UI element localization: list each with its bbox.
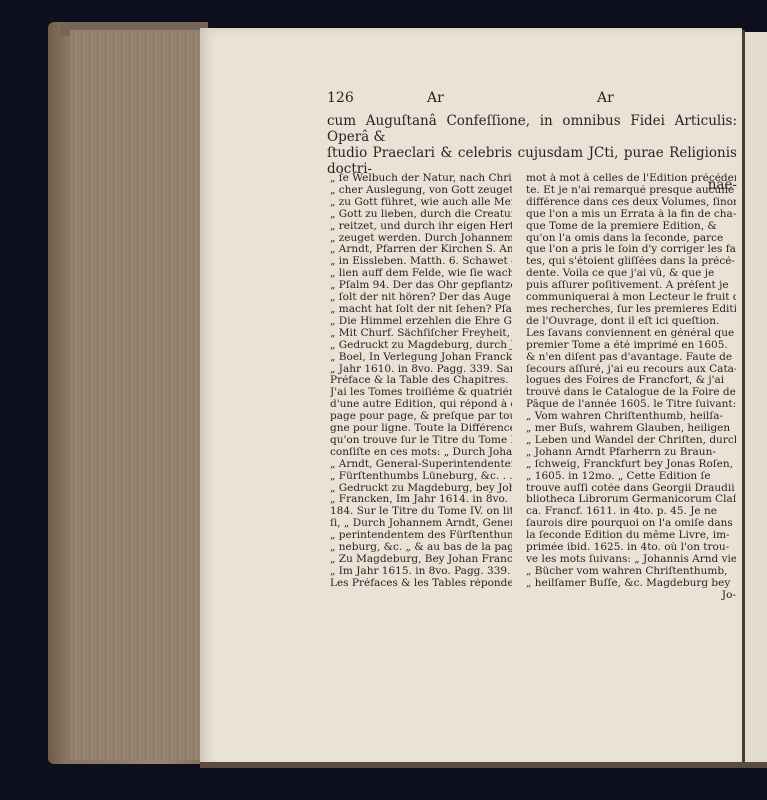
text-line: „ Mit Churf. Sächſiſcher Freyheit, &c. [330,328,512,340]
text-line: J'ai les Tomes troiſiéme & quatriéme [330,387,512,399]
text-line: page pour page, & preſque par tout li- [330,411,512,423]
text-line: „ in Eissleben. Matth. 6. Schawet die Li… [330,256,512,268]
text-line: „ Arndt, Pfarren der Kirchen S. Andreae [330,244,512,256]
text-line: Pâque de l'année 1605. le Titre ſuivant: [526,399,736,411]
catchword: Jo- [526,590,736,602]
text-line: „ Zu Magdeburg, Bey Johan Francken, [330,554,512,566]
book-fore-edge [70,30,200,760]
text-line: ſaurois dire pourquoi on l'a omiſe dans [526,518,736,530]
text-line: „ Francken, Im Jahr 1614. in 8vo. „ Pagg… [330,494,512,506]
text-line: primée ibid. 1625. in 4to. où l'on trou- [526,542,736,554]
text-line: Préface & la Table des Chapitres. [330,375,512,387]
text-line: „ Jahr 1610. in 8vo. Pagg. 339. Sans la [330,364,512,376]
text-line: „ ſolt der nit hören? Der das Auge ge- [330,292,512,304]
text-line: „ heilſamer Buſſe, &c. Magdeburg bey [526,578,736,590]
left-column: „ ſe Welbuch der Natur, nach Chriſtli-„ … [330,173,512,590]
text-line: „ Pſalm 94. Der das Ohr gepflantzet hat, [330,280,512,292]
text-line: „ perintendentem des Fürſtenthumbs Lü- [330,530,512,542]
facing-page-edge [745,32,767,762]
text-line: „ ſchweig, Franckfurt bey Jonas Roſen, [526,459,736,471]
text-line: différence dans ces deux Volumes, ſinon [526,197,736,209]
text-line: bliotheca Librorum Germanicorum Claſſi- [526,494,736,506]
text-line: Les Préfaces & les Tables répondent de [330,578,512,590]
running-head-left: Ar [427,90,444,106]
text-line: & n'en diſent pas d'avantage. Faute de [526,352,736,364]
text-line: „ zu Gott führet, wie auch alle Menſchen [330,197,512,209]
text-line: „ reitzet, und durch ihr eigen Hertz vbe… [330,221,512,233]
text-line: que l'on a pris le ſoin d'y corriger les… [526,244,736,256]
text-line: communiquerai à mon Lecteur le fruit de [526,292,736,304]
text-line: trouvé dans le Catalogue de la Foire de [526,387,736,399]
text-line: d'une autre Edition, qui répond à celle-… [330,399,512,411]
text-line: logues des Foires de Francfort, & j'ai [526,375,736,387]
text-line: te. Et je n'ai remarqué presque aucune [526,185,736,197]
book-bottom-edge [200,762,767,768]
text-line: „ Boel, In Verlegung Johan Francken, Im [330,352,512,364]
text-line: „ Gott zu lieben, durch die Creaturen ge… [330,209,512,221]
text-line: 184. Sur le Titre du Tome IV. on lit auſ… [330,506,512,518]
text-line: gne pour ligne. Toute la Différence [330,423,512,435]
text-line: „ Gedruckt zu Magdeburg, durch Joachim [330,340,512,352]
text-line: la ſeconde Edition du même Livre, im- [526,530,736,542]
text-line: premier Tome a été imprimé en 1605. [526,340,736,352]
running-head-right: Ar [597,90,614,106]
text-line: ca. Francf. 1611. in 4to. p. 45. Je ne [526,506,736,518]
text-line: ſi, „ Durch Johannem Arndt, General Su- [330,518,512,530]
text-line: ſecours aſſuré, j'ai eu recours aux Cata… [526,364,736,376]
text-line: „ 1605. in 12mo. „ Cette Edition ſe [526,471,736,483]
text-line: „ Die Himmel erzehlen die Ehre Gottes. [330,316,512,328]
text-line: puis aſſurer poſitivement. A préſent je [526,280,736,292]
text-line: „ neburg, &c. „ & au bas de la page: [330,542,512,554]
title-line: cum Auguſtanâ Confeſſione, in omnibus Fi… [327,113,737,145]
text-line: „ Leben und Wandel der Chriſten, durch [526,435,736,447]
page-header: 126 Ar Ar [327,90,737,110]
text-line: „ mer Buſs, wahrem Glauben, heiligen [526,423,736,435]
text-line: „ Bücher vom wahren Chriſtenthumb, [526,566,736,578]
right-column: mot à mot à celles de l'Edition précéden… [526,173,736,602]
text-line: „ Im Jahr 1615. in 8vo. Pagg. 339. „ [330,566,512,578]
text-line: „ Arndt, General-Superintendenten des [330,459,512,471]
text-line: de l'Ouvrage, dont il eſt ici queſtion. [526,316,736,328]
page-number: 126 [327,90,354,106]
text-line: „ lien auff dem Felde, wie ſie wachſen. [330,268,512,280]
text-line: „ macht hat ſolt der nit ſehen? Pſalm. 1… [330,304,512,316]
text-line: „ zeuget werden. Durch Johannem [330,233,512,245]
text-line: qu'on l'a omis dans la ſeconde, parce [526,233,736,245]
text-line: trouve auſſi cotée dans Georgii Draudii … [526,483,736,495]
text-line: que Tome de la premiere Edition, & [526,221,736,233]
text-line: „ ſe Welbuch der Natur, nach Chriſtli- [330,173,512,185]
text-line: mot à mot à celles de l'Edition précéden… [526,173,736,185]
text-line: conſiſte en ces mots: „ Durch Johannem [330,447,512,459]
text-line: Les ſavans conviennent en général que le [526,328,736,340]
text-line: „ Vom wahren Chriſtenthumb, heilſa- [526,411,736,423]
text-line: mes recherches, ſur les premieres Editio… [526,304,736,316]
text-line: que l'on a mis un Errata à la fin de cha… [526,209,736,221]
text-line: „ Gedruckt zu Magdeburg, bey Johann [330,483,512,495]
text-line: „ cher Auslegung, von Gott zeuget, und [330,185,512,197]
text-line: tes, qui s'étoient gliſſées dans la préc… [526,256,736,268]
text-line: dente. Voila ce que j'ai vû, & que je [526,268,736,280]
text-line: „ Fürſtenthumbs Lüneburg, &c. . . . &, [330,471,512,483]
text-line: „ Johann Arndt Pfarherrn zu Braun- [526,447,736,459]
text-line: ve les mots ſuivans: „ Johannis Arnd vie… [526,554,736,566]
text-line: qu'on trouve ſur le Titre du Tome III. [330,435,512,447]
